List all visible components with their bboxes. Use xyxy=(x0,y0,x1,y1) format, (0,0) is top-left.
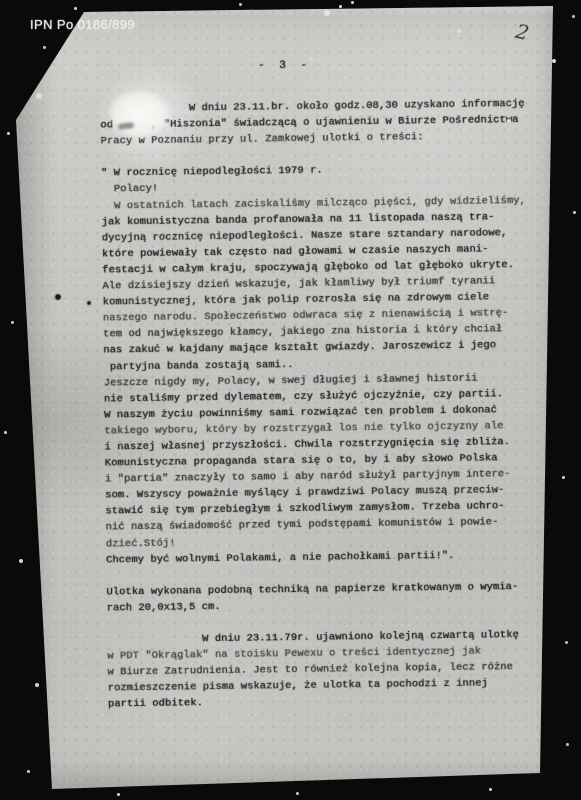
ink-fleck xyxy=(55,294,61,300)
correction-stain xyxy=(108,90,170,138)
archive-reference-stamp: IPN Po 0186/899 xyxy=(30,17,135,32)
dust-specks xyxy=(0,0,2,2)
ink-fleck xyxy=(87,301,91,305)
scan-background: - 3 - W dniu 23.11.br. około godz.08,30 … xyxy=(0,0,581,800)
paper-texture xyxy=(0,0,581,800)
